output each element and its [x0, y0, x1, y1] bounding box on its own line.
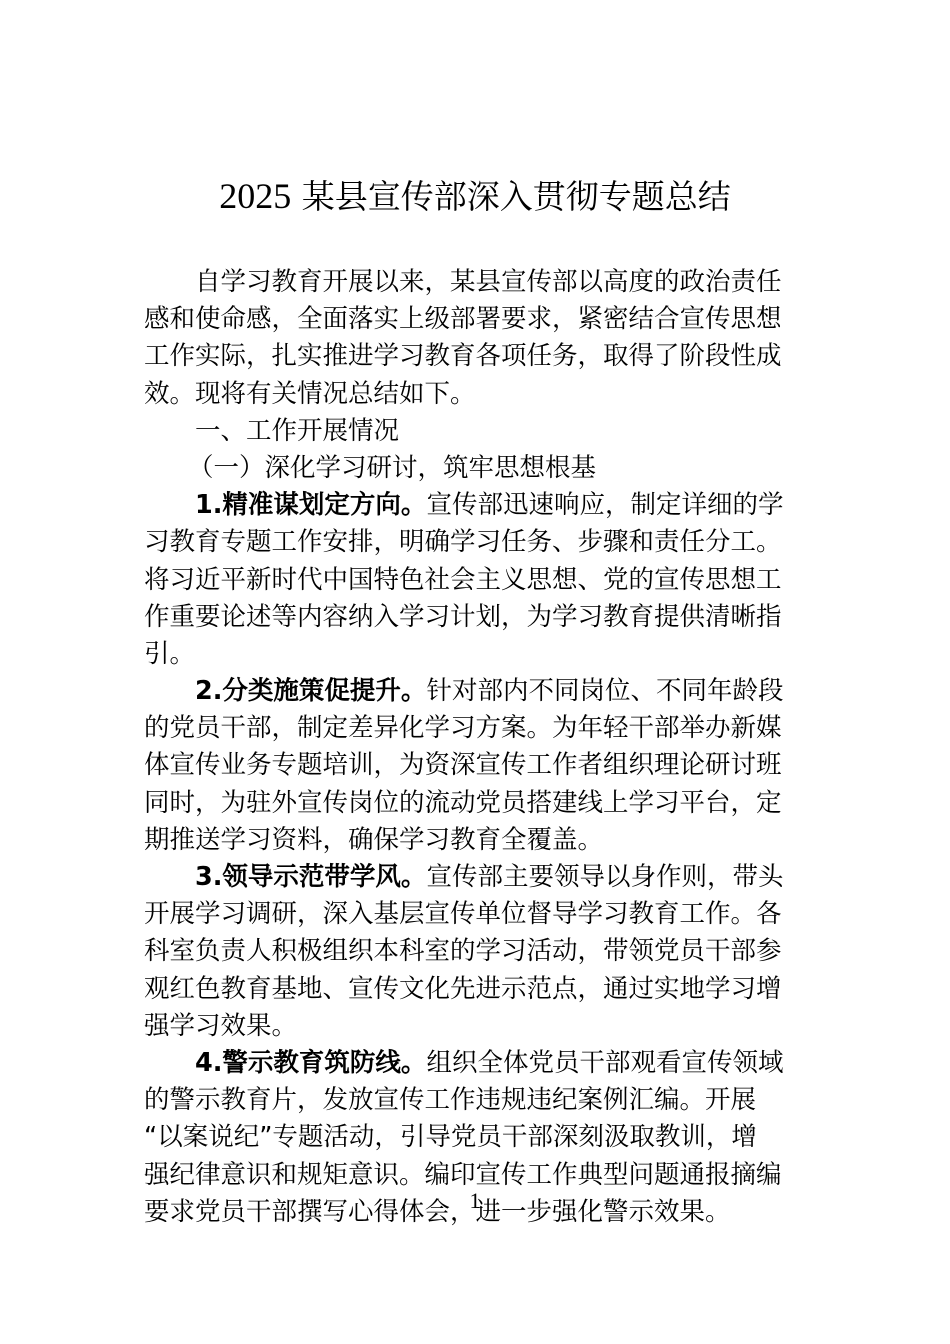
title-text: 某县宣传部深入贯彻专题总结 — [302, 177, 731, 216]
text-line: 效。现将有关情况总结如下。 — [144, 376, 808, 413]
text-line: 观红色教育基地、宣传文化先进示范点，通过实地学习增 — [144, 971, 808, 1008]
text-line: 将习近平新时代中国特色社会主义思想、党的宣传思想工 — [144, 562, 808, 599]
text-line: 自学习教育开展以来，某县宣传部以高度的政治责任 — [144, 264, 808, 301]
text-line: 3.领导示范带学风。宣传部主要领导以身作则，带头 — [144, 859, 808, 896]
item-text: 针对部内不同岗位、不同年龄段 — [426, 676, 783, 706]
text-line: 的党员干部，制定差异化学习方案。为年轻干部举办新媒 — [144, 710, 808, 747]
text-line: 2.分类施策促提升。针对部内不同岗位、不同年龄段 — [144, 673, 808, 710]
text-line: 体宣传业务专题培训，为资深宣传工作者组织理论研讨班 — [144, 747, 808, 784]
text-line: 强学习效果。 — [144, 1008, 808, 1045]
item-text: 宣传部主要领导以身作则，带头 — [426, 862, 783, 892]
text-line: 开展学习调研，深入基层宣传单位督导学习教育工作。各 — [144, 896, 808, 933]
item-paragraph-1: 1.精准谋划定方向。宣传部迅速响应，制定详细的学 习教育专题工作安排，明确学习任… — [144, 487, 808, 673]
text-line: 工作实际，扎实推进学习教育各项任务，取得了阶段性成 — [144, 338, 808, 375]
text-line: “以案说纪”专题活动，引导党员干部深刻汲取教训，增 — [144, 1119, 808, 1156]
item-paragraph-3: 3.领导示范带学风。宣传部主要领导以身作则，带头 开展学习调研，深入基层宣传单位… — [144, 859, 808, 1045]
document-body: 自学习教育开展以来，某县宣传部以高度的政治责任 感和使命感，全面落实上级部署要求… — [144, 264, 808, 1231]
text-line: 习教育专题工作安排，明确学习任务、步骤和责任分工。 — [144, 524, 808, 561]
page-number: 1 — [0, 1188, 950, 1214]
item-text: 组织全体党员干部观看宣传领域 — [426, 1048, 783, 1078]
text-line: 科室负责人积极组织本科室的学习活动，带领党员干部参 — [144, 933, 808, 970]
text-line: 引。 — [144, 636, 808, 673]
text-line: 的警示教育片，发放宣传工作违规违纪案例汇编。开展 — [144, 1082, 808, 1119]
item-lead: 1.精准谋划定方向。 — [195, 490, 426, 520]
item-lead: 3.领导示范带学风。 — [195, 862, 426, 892]
title-year: 2025 — [219, 176, 291, 216]
section-heading: 一、工作开展情况 — [144, 413, 808, 450]
text-line: 期推送学习资料，确保学习教育全覆盖。 — [144, 822, 808, 859]
item-text: 宣传部迅速响应，制定详细的学 — [426, 490, 783, 520]
text-line: 4.警示教育筑防线。组织全体党员干部观看宣传领域 — [144, 1045, 808, 1082]
document-title: 2025 某县宣传部深入贯彻专题总结 — [0, 172, 950, 221]
document-page: 2025 某县宣传部深入贯彻专题总结 自学习教育开展以来，某县宣传部以高度的政治… — [0, 0, 950, 1344]
item-lead: 2.分类施策促提升。 — [195, 676, 426, 706]
subsection-heading: （一）深化学习研讨，筑牢思想根基 — [144, 450, 808, 487]
item-paragraph-2: 2.分类施策促提升。针对部内不同岗位、不同年龄段 的党员干部，制定差异化学习方案… — [144, 673, 808, 859]
intro-paragraph: 自学习教育开展以来，某县宣传部以高度的政治责任 感和使命感，全面落实上级部署要求… — [144, 264, 808, 413]
item-lead: 4.警示教育筑防线。 — [195, 1048, 426, 1078]
text-line: 作重要论述等内容纳入学习计划，为学习教育提供清晰指 — [144, 599, 808, 636]
text-line: 同时，为驻外宣传岗位的流动党员搭建线上学习平台，定 — [144, 785, 808, 822]
text-line: 感和使命感，全面落实上级部署要求，紧密结合宣传思想 — [144, 301, 808, 338]
text-line: 1.精准谋划定方向。宣传部迅速响应，制定详细的学 — [144, 487, 808, 524]
